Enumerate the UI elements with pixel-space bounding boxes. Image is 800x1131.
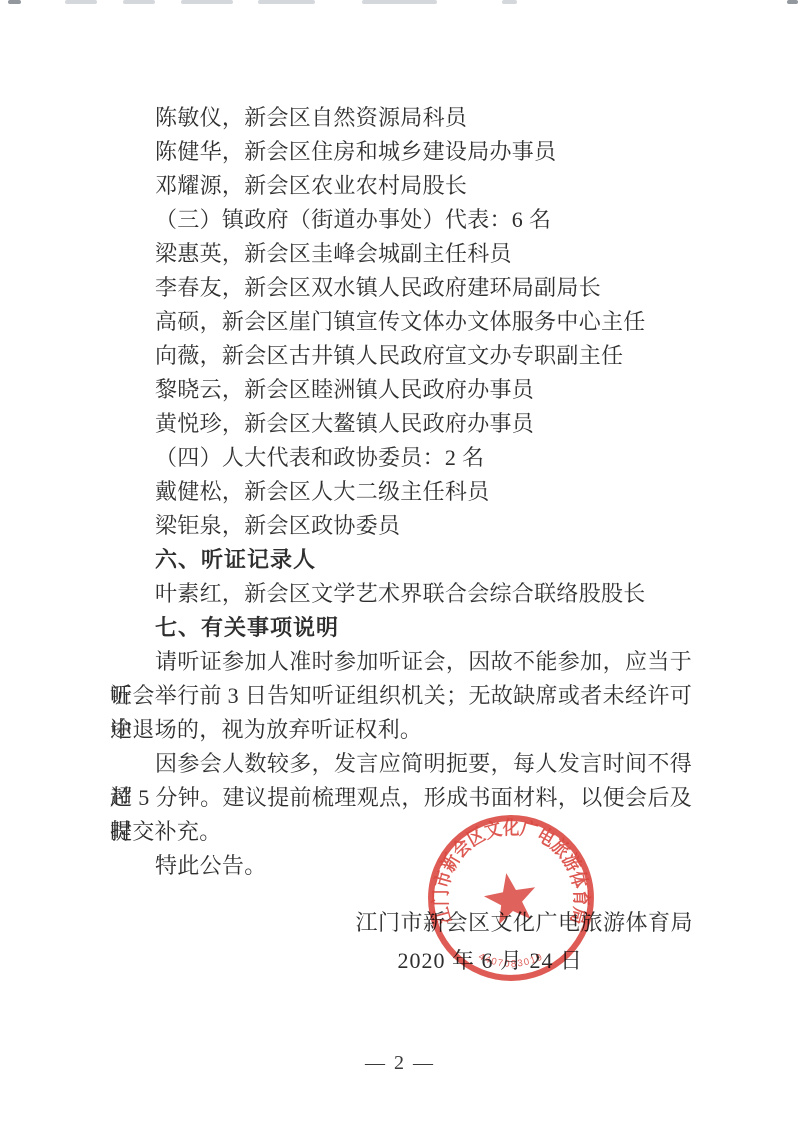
body-line: 证会举行前 3 日告知听证组织机关；无故缺席或者未经许可中 xyxy=(110,679,692,713)
body-line: 提交补充。 xyxy=(110,815,692,849)
scan-artifact xyxy=(8,0,21,4)
seal-star-icon xyxy=(481,869,541,927)
body-line: 戴健松，新会区人大二级主任科员 xyxy=(110,475,692,509)
scan-artifact xyxy=(123,0,155,4)
body-line: 向薇，新会区古井镇人民政府宣文办专职副主任 xyxy=(110,339,692,373)
document-body: 陈敏仪，新会区自然资源局科员 陈健华，新会区住房和城乡建设局办事员 邓耀源，新会… xyxy=(110,101,692,883)
body-line: 特此公告。 xyxy=(110,849,692,883)
section-heading: 七、有关事项说明 xyxy=(110,611,692,645)
scan-artifact xyxy=(787,0,798,4)
scan-artifact xyxy=(362,0,437,4)
body-line: 途退场的，视为放弃听证权利。 xyxy=(110,713,692,747)
official-seal: 江门市新会区文化广电旅游体育局 4407083019 xyxy=(424,811,598,985)
scan-artifact xyxy=(258,0,315,4)
scan-artifact xyxy=(181,0,233,4)
body-line: 陈健华，新会区住房和城乡建设局办事员 xyxy=(110,135,692,169)
body-line: 黄悦珍，新会区大鳌镇人民政府办事员 xyxy=(110,407,692,441)
body-line: （三）镇政府（街道办事处）代表：6 名 xyxy=(110,203,692,237)
section-heading: 六、听证记录人 xyxy=(110,543,692,577)
body-line: 梁惠英，新会区圭峰会城副主任科员 xyxy=(110,237,692,271)
body-line: 叶素红，新会区文学艺术界联合会综合联络股股长 xyxy=(110,577,692,611)
body-line: 因参会人数较多，发言应简明扼要，每人发言时间不得超 xyxy=(110,747,692,781)
page-number: — 2 — xyxy=(0,1052,800,1075)
scan-artifact xyxy=(65,0,97,4)
body-line: 梁钜泉，新会区政协委员 xyxy=(110,509,692,543)
body-line: 过 5 分钟。建议提前梳理观点，形成书面材料，以便会后及时 xyxy=(110,781,692,815)
seal-code: 4407083019 xyxy=(477,951,546,970)
body-line: 邓耀源，新会区农业农村局股长 xyxy=(110,169,692,203)
document-page: 陈敏仪，新会区自然资源局科员 陈健华，新会区住房和城乡建设局办事员 邓耀源，新会… xyxy=(0,0,800,1131)
body-line: 黎晓云，新会区睦洲镇人民政府办事员 xyxy=(110,373,692,407)
body-line: 高硕，新会区崖门镇宣传文体办文体服务中心主任 xyxy=(110,305,692,339)
scan-artifact xyxy=(502,0,517,4)
body-line: （四）人大代表和政协委员：2 名 xyxy=(110,441,692,475)
body-line: 陈敏仪，新会区自然资源局科员 xyxy=(110,101,692,135)
body-line: 请听证参加人准时参加听证会，因故不能参加，应当于听 xyxy=(110,645,692,679)
body-line: 李春友，新会区双水镇人民政府建环局副局长 xyxy=(110,271,692,305)
